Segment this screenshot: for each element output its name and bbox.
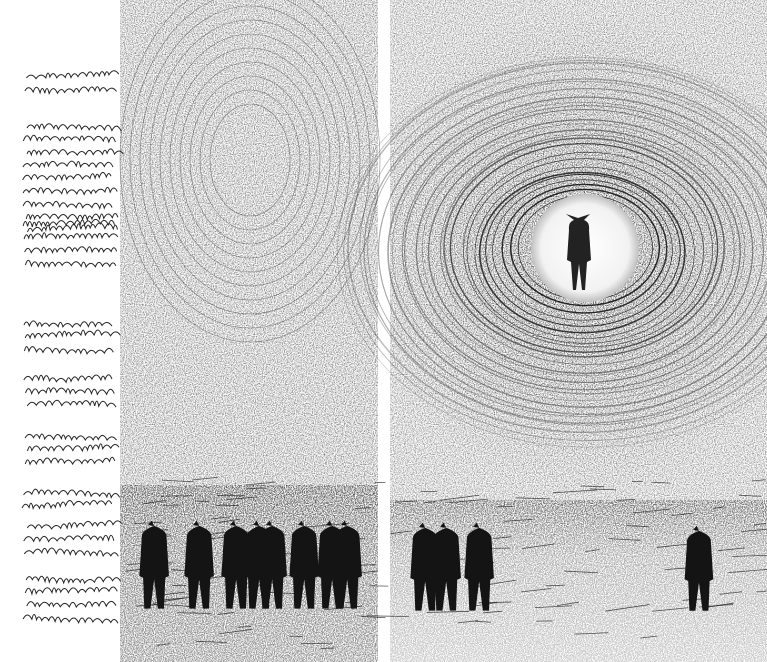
artwork-canvas	[0, 0, 767, 662]
handwritten-notes	[22, 71, 123, 624]
portal-moon	[531, 194, 639, 302]
etching-print	[0, 0, 767, 662]
